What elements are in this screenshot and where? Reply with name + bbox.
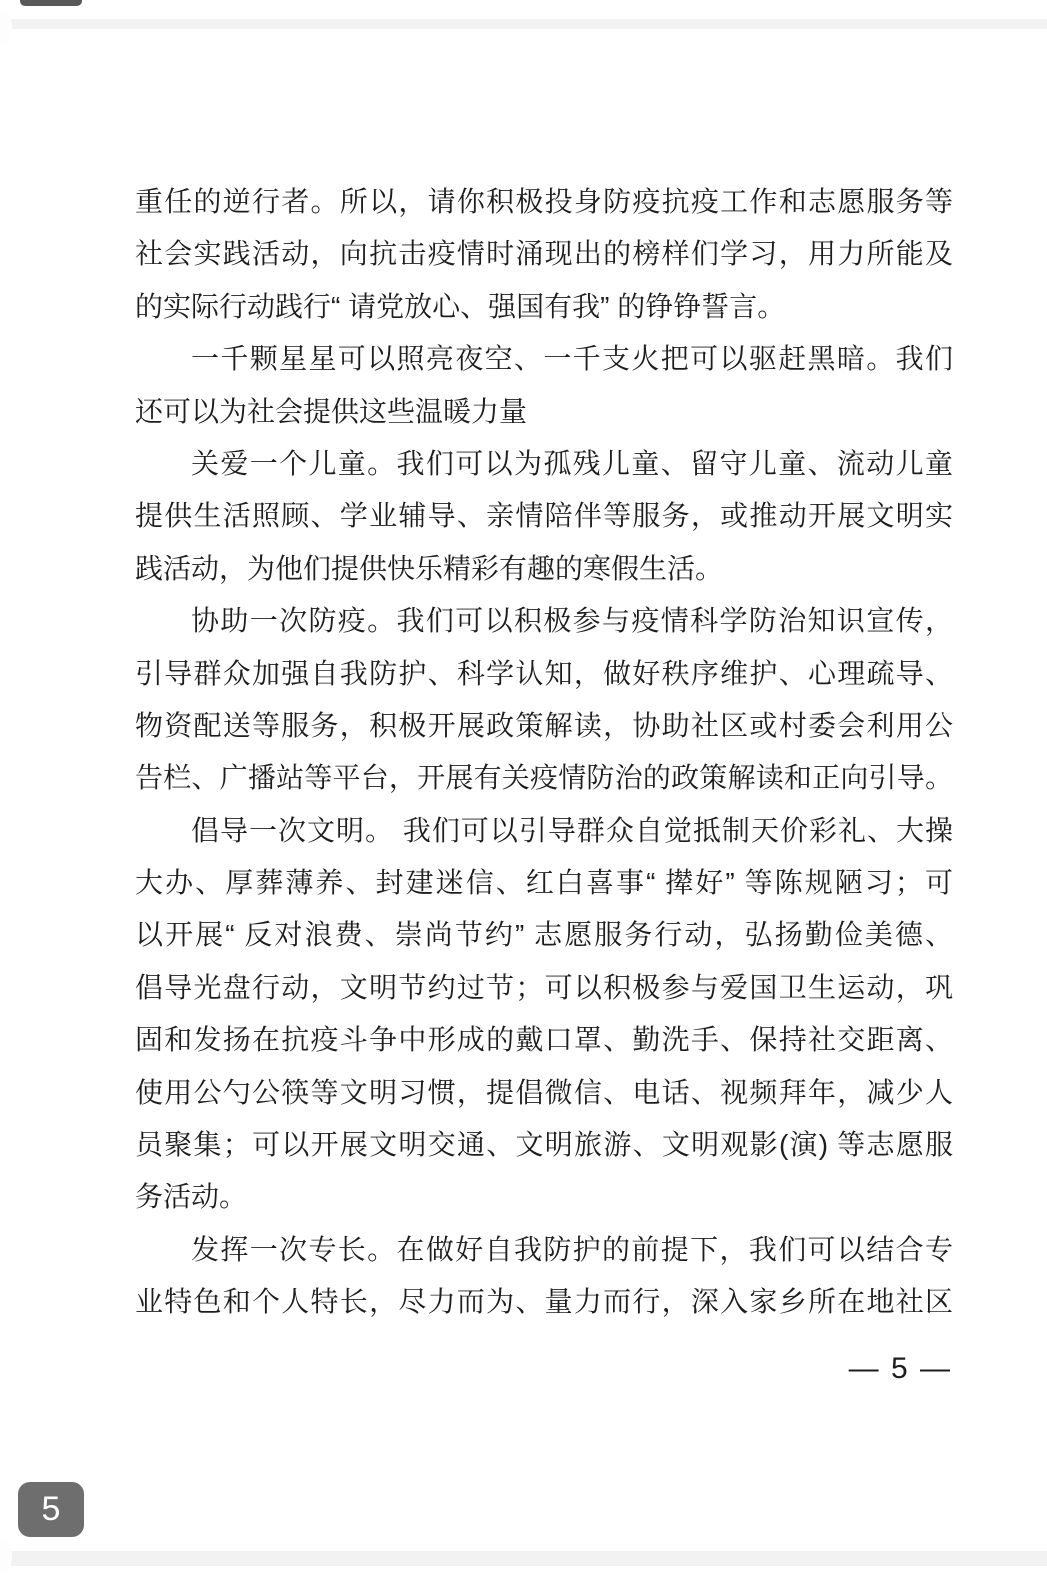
- text-line: 践活动，为他们提供快乐精彩有趣的寒假生活。: [135, 543, 953, 595]
- text-line: 发挥一次专长。在做好自我防护的前提下，我们可以结合专: [135, 1224, 953, 1276]
- text-line: 的实际行动践行“ 请党放心、强国有我” 的铮铮誓言。: [135, 281, 953, 333]
- text-line: 还可以为社会提供这些温暖力量: [135, 386, 953, 438]
- text-line: 倡导一次文明。 我们可以引导群众自觉抵制天价彩礼、大操: [135, 805, 953, 857]
- document-reader-page: 重任的逆行者。所以，请你积极投身防疫抗疫工作和志愿服务等社会实践活动，向抗击疫情…: [0, 0, 1047, 1588]
- text-line: 倡导光盘行动，文明节约过节；可以积极参与爱国卫生运动，巩: [135, 962, 953, 1014]
- printed-page-number: — 5 —: [849, 1352, 952, 1386]
- page-number-badge[interactable]: 5: [18, 1482, 84, 1537]
- text-line: 协助一次防疫。我们可以积极参与疫情科学防治知识宣传，: [135, 595, 953, 647]
- text-line: 业特色和个人特长，尽力而为、量力而行，深入家乡所在地社区: [135, 1276, 953, 1328]
- text-line: 社会实践活动，向抗击疫情时涌现出的榜样们学习，用力所能及: [135, 228, 953, 280]
- text-line: 以开展“ 反对浪费、崇尚节约” 志愿服务行动，弘扬勤俭美德、: [135, 909, 953, 961]
- text-line: 员聚集；可以开展文明交通、文明旅游、文明观影(演) 等志愿服: [135, 1119, 953, 1171]
- text-line: 大办、厚葬薄养、封建迷信、红白喜事“ 撵好” 等陈规陋习；可: [135, 857, 953, 909]
- page-badge-label: 5: [42, 1490, 61, 1529]
- page-curl-top: [0, 10, 12, 44]
- page-seam-bottom: [0, 1551, 1047, 1566]
- text-line: 一千颗星星可以照亮夜空、一千支火把可以驱赶黑暗。我们: [135, 333, 953, 385]
- text-line: 使用公勺公筷等文明习惯，提倡微信、电话、视频拜年，减少人: [135, 1067, 953, 1119]
- text-line: 告栏、广播站等平台，开展有关疫情防治的政策解读和正向引导。: [135, 752, 953, 804]
- text-line: 提供生活照顾、学业辅导、亲情陪伴等服务，或推动开展文明实: [135, 490, 953, 542]
- text-line: 物资配送等服务，积极开展政策解读，协助社区或村委会利用公: [135, 700, 953, 752]
- document-text: 重任的逆行者。所以，请你积极投身防疫抗疫工作和志愿服务等社会实践活动，向抗击疫情…: [135, 176, 953, 1329]
- page-curl-bottom: [0, 1538, 12, 1574]
- text-line: 重任的逆行者。所以，请你积极投身防疫抗疫工作和志愿服务等: [135, 176, 953, 228]
- text-line: 关爱一个儿童。我们可以为孤残儿童、留守儿童、流动儿童: [135, 438, 953, 490]
- text-line: 务活动。: [135, 1171, 953, 1223]
- text-line: 引导群众加强自我防护、科学认知，做好秩序维护、心理疏导、: [135, 648, 953, 700]
- scroll-indicator-bar: [20, 0, 82, 6]
- page-seam-top: [0, 19, 1047, 29]
- text-line: 固和发扬在抗疫斗争中形成的戴口罩、勤洗手、保持社交距离、: [135, 1014, 953, 1066]
